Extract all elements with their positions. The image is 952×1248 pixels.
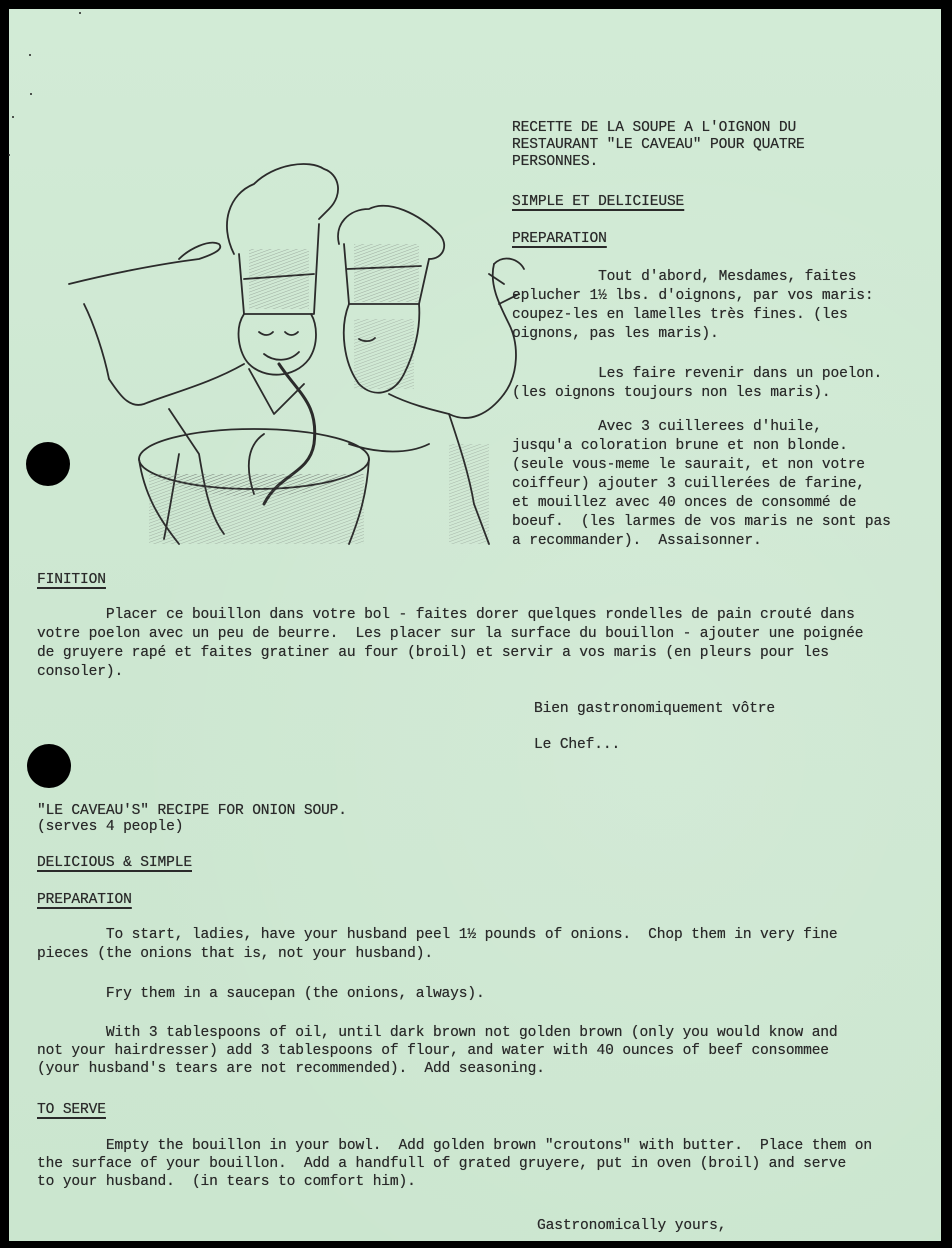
paper-speck: [8, 154, 10, 156]
french-para3-line-1: Avec 3 cuillerees d'huile,: [512, 419, 822, 435]
french-para1-line-2: eplucher 1½ lbs. d'oignons, par vos mari…: [512, 288, 874, 304]
finition-heading: FINITION: [37, 572, 106, 588]
french-title-line-1: RECETTE DE LA SOUPE A L'OIGNON DU: [512, 120, 796, 136]
serve-line-1: Empty the bouillon in your bowl. Add gol…: [37, 1138, 872, 1154]
french-preparation-heading: PREPARATION: [512, 231, 607, 247]
english-para1-line-1: To start, ladies, have your husband peel…: [37, 927, 838, 943]
english-para3-line-2: not your hairdresser) add 3 tablespoons …: [37, 1043, 829, 1059]
french-para3-line-5: et mouillez avec 40 onces de consommé de: [512, 495, 856, 511]
paper-speck: [12, 116, 14, 118]
english-title-line-2: (serves 4 people): [37, 819, 183, 835]
french-para3-line-7: a recommander). Assaisonner.: [512, 533, 762, 549]
french-signature: Le Chef...: [534, 737, 620, 753]
paper-speck: [30, 93, 32, 95]
serve-line-3: to your husband. (in tears to comfort hi…: [37, 1174, 416, 1190]
to-serve-heading: TO SERVE: [37, 1102, 106, 1118]
hole-punch-lower: [27, 744, 71, 788]
french-para2-line-1: Les faire revenir dans un poelon.: [512, 366, 882, 382]
english-para3-line-1: With 3 tablespoons of oil, until dark br…: [37, 1025, 838, 1041]
finition-line-1: Placer ce bouillon dans votre bol - fait…: [37, 607, 855, 623]
french-para3-line-4: coiffeur) ajouter 3 cuillerées de farine…: [512, 476, 865, 492]
finition-line-4: consoler).: [37, 664, 123, 680]
english-closing: Gastronomically yours,: [537, 1218, 726, 1234]
serve-line-2: the surface of your bouillon. Add a hand…: [37, 1156, 846, 1172]
english-para1-line-2: pieces (the onions that is, not your hus…: [37, 946, 433, 962]
french-title-line-2: RESTAURANT "LE CAVEAU" POUR QUATRE: [512, 137, 805, 153]
french-para3-line-6: boeuf. (les larmes de vos maris ne sont …: [512, 514, 891, 530]
french-closing: Bien gastronomiquement vôtre: [534, 701, 775, 717]
finition-line-2: votre poelon avec un peu de beurre. Les …: [37, 626, 863, 642]
french-para1-line-3: coupez-les en lamelles très fines. (les: [512, 307, 848, 323]
english-preparation-heading: PREPARATION: [37, 892, 132, 908]
french-title-line-3: PERSONNES.: [512, 154, 598, 170]
paper-speck: [29, 54, 31, 56]
finition-line-3: de gruyere rapé et faites gratiner au fo…: [37, 645, 829, 661]
french-para1-line-1: Tout d'abord, Mesdames, faites: [512, 269, 856, 285]
french-subtitle: SIMPLE ET DELICIEUSE: [512, 194, 684, 210]
french-para1-line-4: oignons, pas les maris).: [512, 326, 719, 342]
french-para3-line-3: (seule vous-meme le saurait, et non votr…: [512, 457, 865, 473]
english-para2-line-1: Fry them in a saucepan (the onions, alwa…: [37, 986, 485, 1002]
paper-speck: [79, 12, 81, 14]
english-subtitle: DELICIOUS & SIMPLE: [37, 855, 192, 871]
typewritten-page: RECETTE DE LA SOUPE A L'OIGNON DU RESTAU…: [9, 9, 941, 1241]
english-para3-line-3: (your husband's tears are not recommende…: [37, 1061, 545, 1077]
french-para2-line-2: (les oignons toujours non les maris).: [512, 385, 830, 401]
french-para3-line-2: jusqu'a coloration brune et non blonde.: [512, 438, 848, 454]
chefs-illustration: [49, 154, 529, 549]
english-title-line-1: "LE CAVEAU'S" RECIPE FOR ONION SOUP.: [37, 803, 347, 819]
